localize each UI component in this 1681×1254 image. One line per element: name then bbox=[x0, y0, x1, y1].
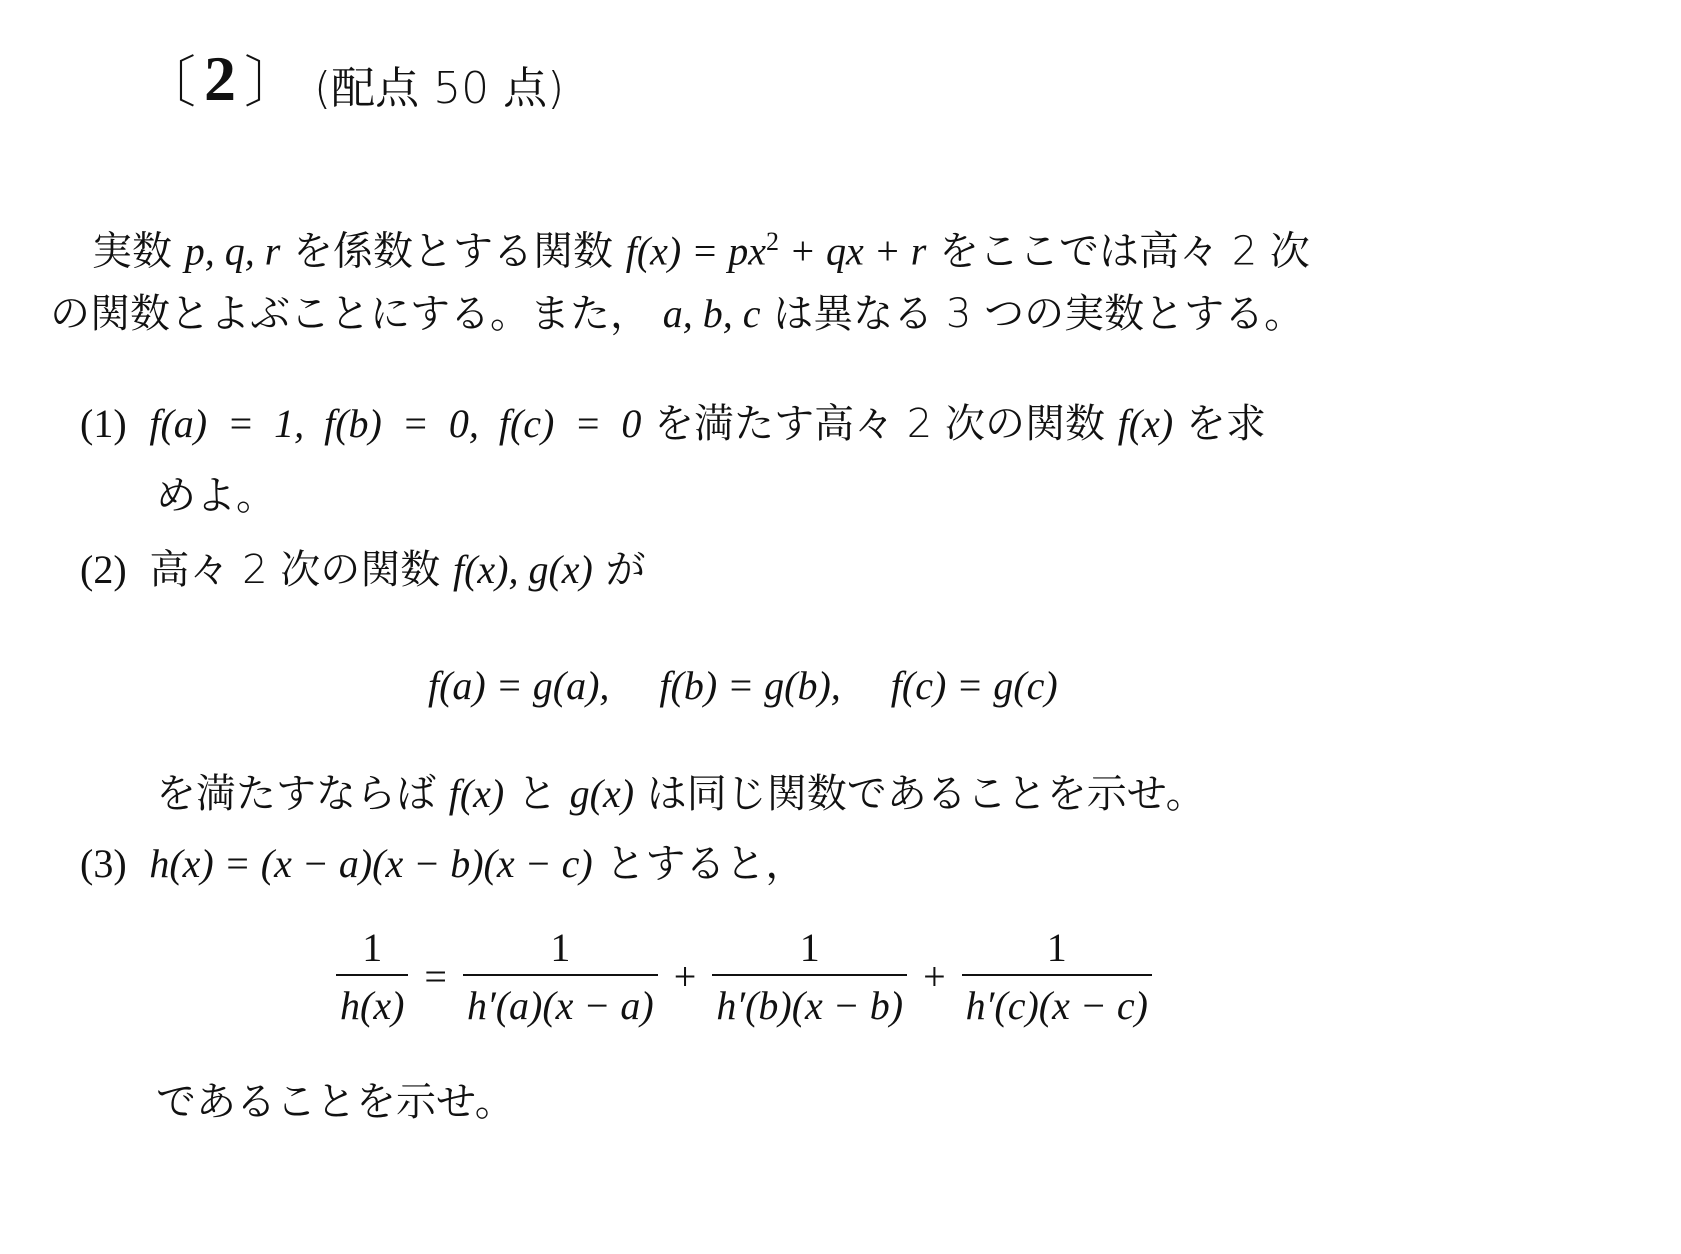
question-text: とすると， bbox=[605, 841, 805, 887]
math-gx: g(x) bbox=[570, 771, 634, 816]
intro-line-2: の関数とよぶことにする。また， a, b, c は異なる 3 つの実数とする。 bbox=[50, 288, 1304, 340]
math-vars: p, q, r bbox=[185, 228, 281, 273]
plus-sign: + bbox=[674, 951, 697, 1003]
math-fx: f(x) bbox=[1118, 401, 1174, 446]
question-text: を求 bbox=[1186, 401, 1266, 447]
question-text: を満たす高々 2 次の関数 bbox=[654, 401, 1105, 447]
intro-text: をここでは高々 2 次 bbox=[939, 228, 1310, 274]
denominator: h′(a)(x − a) bbox=[463, 974, 658, 1032]
math-vars: a, b, c bbox=[663, 291, 761, 336]
question-3: (3) h(x) = (x − a)(x − b)(x − c) とすると， bbox=[80, 838, 805, 890]
numerator: 1 bbox=[546, 922, 574, 974]
numerator: 1 bbox=[796, 922, 824, 974]
bracket-close: 〕 bbox=[244, 39, 300, 119]
question-text: は同じ関数であることを示せ。 bbox=[647, 771, 1206, 817]
question-label: (2) bbox=[80, 547, 127, 592]
denominator: h(x) bbox=[336, 974, 408, 1032]
question-text: を満たすならば bbox=[156, 771, 436, 817]
math-exponent: 2 bbox=[766, 227, 779, 256]
question-3-conclusion: であることを示せ。 bbox=[156, 1076, 515, 1128]
math-conditions: f(a) = 1, f(b) = 0, f(c) = 0 bbox=[149, 401, 641, 446]
question-2-cont: を満たすならば f(x) と g(x) は同じ関数であることを示せ。 bbox=[156, 768, 1206, 820]
fraction-term-a: 1 h′(a)(x − a) bbox=[463, 922, 658, 1032]
problem-number: 2 bbox=[204, 42, 236, 116]
math-fx: f(x) = px bbox=[626, 228, 766, 273]
denominator: h′(c)(x − c) bbox=[962, 974, 1152, 1032]
points-label: (配点 50 点) bbox=[314, 52, 564, 116]
intro-text: は異なる 3 つの実数とする。 bbox=[773, 291, 1304, 337]
question-text: と bbox=[517, 771, 557, 817]
denominator: h′(b)(x − b) bbox=[712, 974, 907, 1032]
question-text: が bbox=[606, 547, 646, 593]
question-1-cont: めよ。 bbox=[156, 470, 276, 522]
question-1: (1) f(a) = 1, f(b) = 0, f(c) = 0 を満たす高々 … bbox=[80, 398, 1266, 450]
question-2: (2) 高々 2 次の関数 f(x), g(x) が bbox=[80, 544, 646, 596]
numerator: 1 bbox=[1043, 922, 1071, 974]
fraction-lhs: 1 h(x) bbox=[336, 922, 408, 1032]
intro-text: 実数 bbox=[92, 228, 172, 274]
display-equation-2: f(a) = g(a), f(b) = g(b), f(c) = g(c) bbox=[428, 660, 1058, 712]
intro-text: を係数とする関数 bbox=[293, 228, 613, 274]
fraction-term-c: 1 h′(c)(x − c) bbox=[962, 922, 1152, 1032]
problem-header: 〔 2 〕 (配点 50 点) bbox=[140, 34, 564, 124]
numerator: 1 bbox=[358, 922, 386, 974]
bracket-open: 〔 bbox=[140, 39, 196, 119]
math-rest: + qx + r bbox=[779, 228, 926, 273]
intro-text: の関数とよぶことにする。また， bbox=[50, 291, 650, 337]
math-fx: f(x) bbox=[449, 771, 505, 816]
fraction-term-b: 1 h′(b)(x − b) bbox=[712, 922, 907, 1032]
question-text: 高々 2 次の関数 bbox=[149, 547, 440, 593]
math-hx: h(x) = (x − a)(x − b)(x − c) bbox=[149, 841, 592, 886]
question-label: (3) bbox=[80, 841, 127, 886]
intro-line-1: 実数 p, q, r を係数とする関数 f(x) = px2 + qx + r … bbox=[92, 216, 1310, 277]
math-fxgx: f(x), g(x) bbox=[453, 547, 593, 592]
equals-sign: = bbox=[424, 951, 447, 1003]
question-label: (1) bbox=[80, 401, 127, 446]
plus-sign: + bbox=[923, 951, 946, 1003]
display-equation-3: 1 h(x) = 1 h′(a)(x − a) + 1 h′(b)(x − b)… bbox=[330, 922, 1158, 1032]
